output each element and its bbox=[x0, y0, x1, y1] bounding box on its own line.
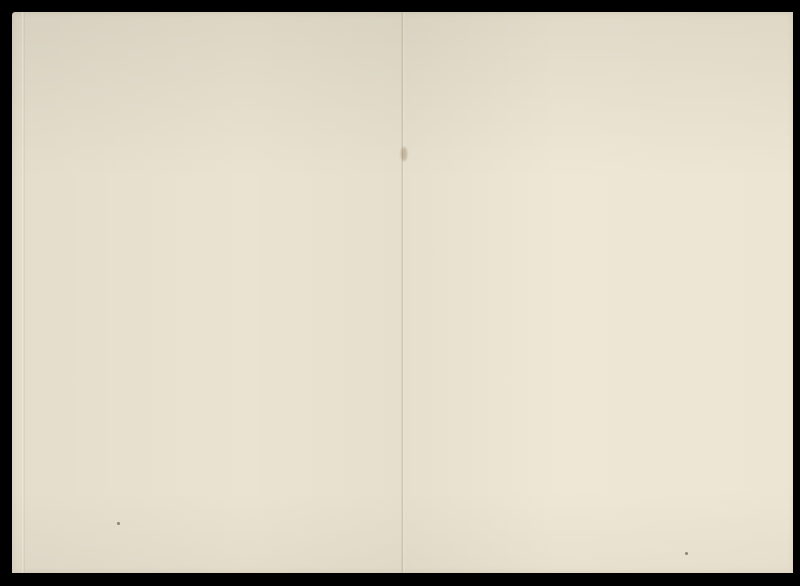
center-fold-line bbox=[401, 12, 405, 573]
paper-sheet bbox=[12, 12, 793, 573]
paper-left-edge bbox=[22, 12, 25, 573]
paper-speck bbox=[685, 552, 688, 555]
fold-stain bbox=[401, 147, 407, 161]
paper-speck bbox=[117, 522, 120, 525]
